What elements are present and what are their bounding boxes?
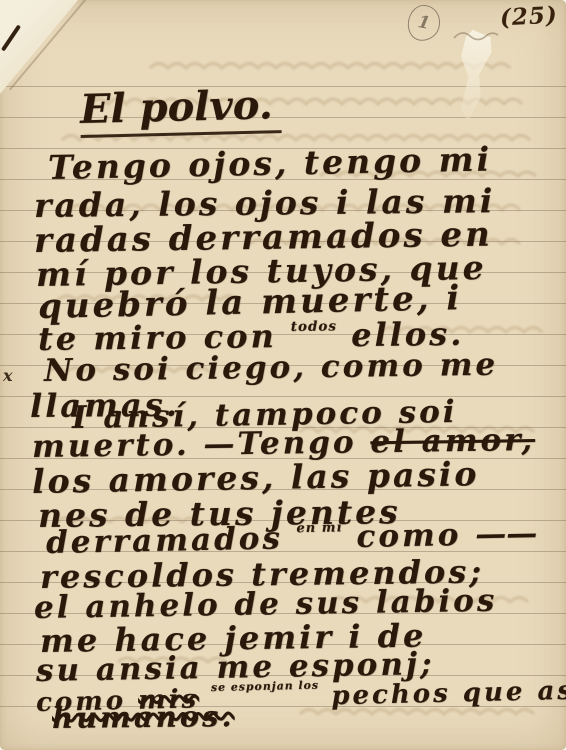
poem-title: El polvo. [79,81,281,133]
margin-revision-mark: x [3,366,13,385]
text-segment: pechos que asp [319,675,566,711]
text-segment: se esponjan los [211,679,319,694]
text-segment: —— [475,516,538,553]
ink-page-number: (25) [499,2,558,32]
manuscript-line: No soi ciego, como me [44,347,499,389]
ghost-writing-squiggle [150,64,510,69]
text-segment: No soi ciego, como me [44,347,499,389]
text-segment: en mí [296,520,342,536]
text-segment: humanos. [52,699,235,735]
manuscript-page: 1 (25) El polvo. x Tengo ojos, tengo mir… [0,0,566,750]
text-segment: como [342,517,475,556]
text-segment: todos [291,318,337,335]
manuscript-line: humanos. [52,699,235,735]
tear-squiggle-mark [446,22,506,52]
poem-title-underlined-text: El polvo. [79,81,281,138]
pencil-page-number: 1 [416,12,431,34]
